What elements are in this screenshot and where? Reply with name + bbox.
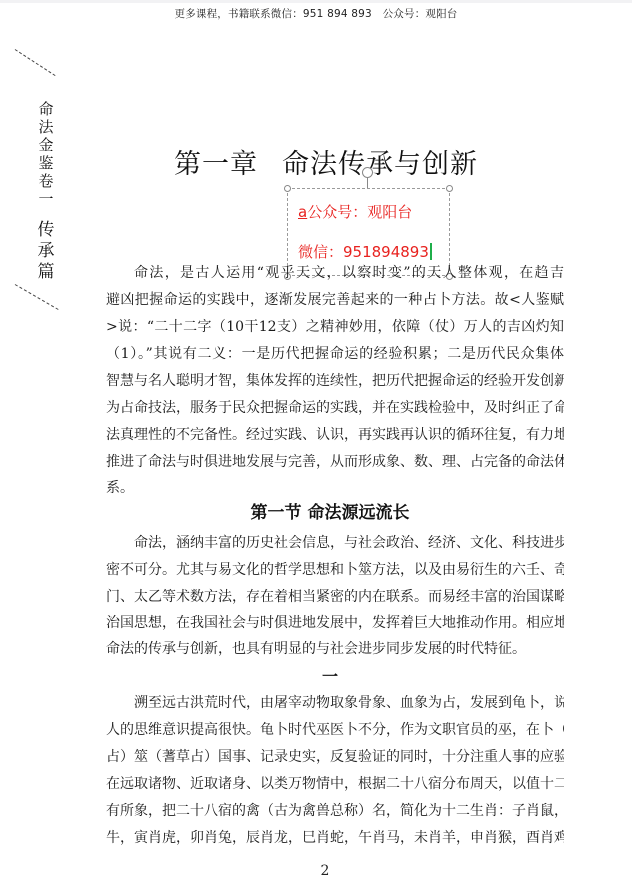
section-title: 第一节 命法源远流长 — [0, 498, 632, 523]
chapter-number: 第一章 — [174, 149, 258, 180]
side-title-char: 法 — [36, 118, 56, 136]
resize-handle-top-left[interactable] — [284, 185, 291, 192]
section-line: 命法，涵纳丰富的历史社会信息，与社会政治、经济、文化、科技进步， — [134, 531, 564, 555]
intro-line: 为占命技法，服务于民众把握命运的实践，并在实践检验中，及时纠正了命 — [106, 396, 564, 420]
side-title-char: 命 — [36, 100, 56, 118]
textbox-line-1-text: 公众号：观阳台 — [307, 203, 412, 221]
side-decorative-line-bottom — [15, 284, 59, 310]
intro-line: >说：“二十二字（10干12支）之精神妙用，依障（仗）万人的吉凶灼知 — [106, 315, 564, 339]
section-line: 密不可分。尤其与易文化的哲学思想和卜筮方法，以及由易衍生的六壬、奇 — [106, 558, 564, 582]
subsection-line: 占）筮（蓍草占）国事、记录史实，反复验证的同时，十分注重人事的应验应用。 — [106, 745, 564, 769]
intro-line: 系。 — [106, 476, 564, 500]
side-subtitle-char: 承 — [36, 241, 56, 262]
subsection-number: 一 — [0, 664, 632, 687]
section-line: 命法的传承与创新，也具有明显的与社会进步同步发展的时代特征。 — [106, 637, 564, 661]
intro-line: （1）。”其说有二义：一是历代把握命运的经验积累；二是历代民众集体 — [106, 342, 564, 366]
side-subtitle-char: 传 — [36, 220, 56, 241]
subsection-line: 牛，寅肖虎，卯肖兔，辰肖龙，巳肖蛇，午肖马，未肖羊，申肖猴，酉肖鸡，戌 — [106, 826, 564, 850]
subsection-line: 有所象，把二十八宿的禽（古为禽兽总称）名，简化为十二生肖：子肖鼠，丑肖 — [106, 799, 564, 823]
textbox-line-2[interactable]: 微信：951894893 — [298, 241, 432, 262]
intro-line: 法真理性的不完备性。经过实践、认识，再实践再认识的循环往复，有力地 — [106, 423, 564, 447]
top-bar — [0, 0, 632, 3]
subsection-line: 在远取诸物、近取诸身、以类万物情中，根据二十八宿分布周天，以值十二辰的各 — [106, 772, 564, 796]
intro-line: 命法，是古人运用“观乎天文，以察时变”的天人整体观，在趋吉 — [134, 261, 564, 285]
resize-handle-top-right[interactable] — [446, 185, 453, 192]
textbox-line-2-text: 微信：951894893 — [298, 243, 429, 261]
side-subtitle-char: 篇 — [36, 262, 56, 283]
section-line: 治国思想，在我国社会与时俱进地发展中，发挥着巨大地推动作用。相应地， — [106, 611, 564, 635]
chapter-name: 命法传承与创新 — [282, 149, 478, 180]
section-line: 门、太乙等术数方法，存在着相当紧密的内在联系。而易经丰富的治国谋略和 — [106, 585, 564, 609]
header-watermark-note: 更多课程，书籍联系微信：951 894 893 公众号：观阳台 — [0, 6, 632, 21]
page-number: 2 — [0, 863, 632, 879]
textbox-line-1-prefix: a — [298, 203, 307, 221]
intro-line: 智慧与名人聪明才智，集体发挥的连续性，把历代把握命运的经验开发创新 — [106, 369, 564, 393]
textbox-line-1[interactable]: a公众号：观阳台 — [298, 201, 412, 222]
rotation-handle[interactable] — [362, 167, 373, 178]
subsection-line: 人的思维意识提高很快。龟卜时代巫医卜不分，作为文职官员的巫，在卜（龟纹 — [106, 718, 564, 742]
intro-line: 推进了命法与时俱进地发展与完善，从而形成象、数、理、占完备的命法体 — [106, 450, 564, 474]
side-title-char: 一 — [36, 190, 56, 208]
text-caret — [430, 243, 432, 260]
side-vertical-title: 命 法 金 鉴 卷 一 传 承 篇 — [36, 100, 56, 283]
subsection-line: 溯至远古洪荒时代，由屠宰动物取象骨象、血象为占，发展到龟卜，说明古 — [134, 691, 564, 715]
side-decorative-line-top — [15, 49, 56, 76]
chapter-title: 第一章命法传承与创新 — [0, 142, 632, 181]
intro-line: 避凶把握命运的实践中，逐渐发展完善起来的一种占卜方法。故<人鉴赋 — [106, 288, 564, 312]
